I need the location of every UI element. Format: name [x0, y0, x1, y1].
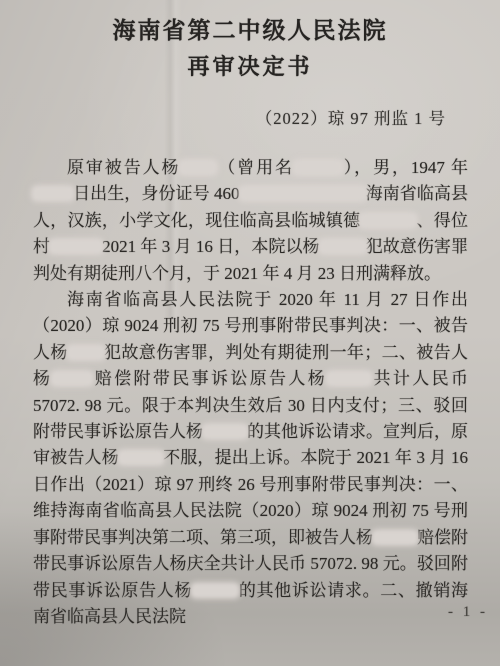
- page-number: - 1 -: [448, 604, 488, 621]
- redaction-blur: [180, 161, 216, 174]
- redaction-blur: [373, 531, 417, 544]
- court-name: 海南省第二中级人民法院: [0, 0, 500, 45]
- document-body: 原审被告人杨（曾用名），男，1947 年日出生，身份证号 460海南省临高县人，…: [33, 155, 468, 630]
- redaction-blur: [68, 346, 104, 359]
- document-title: 再审决定书: [0, 50, 500, 81]
- case-number: （2022）琼 97 刑监 1 号: [0, 105, 500, 129]
- redaction-blur: [294, 161, 342, 174]
- redaction-blur: [52, 372, 92, 385]
- redaction-blur: [327, 372, 371, 385]
- court-document-photo: 海南省第二中级人民法院 再审决定书 （2022）琼 97 刑监 1 号 原审被告…: [0, 0, 500, 666]
- redaction-blur: [33, 187, 73, 200]
- redaction-blur: [192, 584, 238, 597]
- redaction-blur: [50, 240, 102, 253]
- document-content: 海南省第二中级人民法院 再审决定书 （2022）琼 97 刑监 1 号 原审被告…: [0, 0, 500, 630]
- redaction-blur: [203, 425, 247, 438]
- redaction-blur: [360, 214, 416, 227]
- paragraph: 原审被告人杨（曾用名），男，1947 年日出生，身份证号 460海南省临高县人，…: [33, 155, 468, 287]
- redaction-blur: [119, 451, 163, 464]
- redaction-blur: [240, 187, 366, 200]
- paragraph: 海南省临高县人民法院于 2020 年 11 月 27 日作出（2020）琼 90…: [33, 287, 468, 630]
- redaction-blur: [320, 240, 366, 253]
